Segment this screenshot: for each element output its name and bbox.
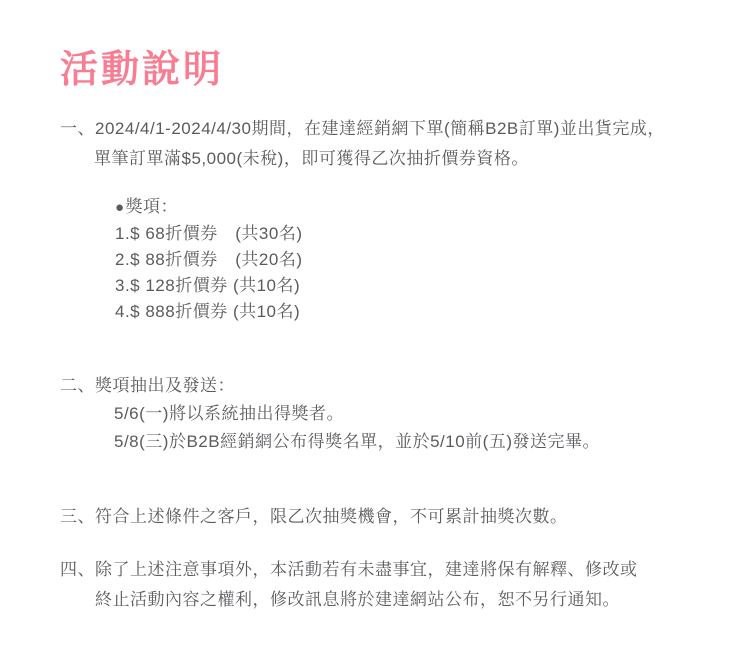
prize-list: ●獎項： 1.$ 68折價券 (共30名) 2.$ 88折價券 (共20名) 3… bbox=[115, 194, 700, 325]
section-notice-line1: 四、除了上述注意事項外，本活動若有未盡事宜，建達將保有解釋、修改或 bbox=[60, 555, 700, 585]
section-draw-line1: 5/6(一)將以系統抽出得獎者。 bbox=[114, 400, 700, 428]
prize-list-header-label: 獎項： bbox=[126, 197, 179, 216]
section-draw: 二、獎項抽出及發送： 5/6(一)將以系統抽出得獎者。 5/8(三)於B2B經銷… bbox=[60, 372, 700, 456]
section-terms-line1: 一、2024/4/1-2024/4/30期間，在建達經銷網下單(簡稱B2B訂單)… bbox=[60, 114, 700, 144]
prize-item-4: 4.$ 888折價券 (共10名) bbox=[115, 299, 700, 325]
section-limit: 三、符合上述條件之客戶，限乙次抽獎機會，不可累計抽獎次數。 bbox=[60, 503, 700, 531]
section-notice-line2: 終止活動內容之權利，修改訊息將於建達網站公布，恕不另行通知。 bbox=[95, 585, 700, 615]
prize-item-2: 2.$ 88折價券 (共20名) bbox=[115, 247, 700, 273]
prize-item-1: 1.$ 68折價券 (共30名) bbox=[115, 221, 700, 247]
prize-item-3: 3.$ 128折價券 (共10名) bbox=[115, 273, 700, 299]
section-terms: 一、2024/4/1-2024/4/30期間，在建達經銷網下單(簡稱B2B訂單)… bbox=[60, 114, 700, 174]
section-draw-line2: 5/8(三)於B2B經銷網公布得獎名單，並於5/10前(五)發送完畢。 bbox=[114, 428, 700, 456]
prize-list-header: ●獎項： bbox=[115, 194, 700, 221]
page-title: 活動說明 bbox=[60, 46, 700, 94]
activity-notice-document: 活動說明 一、2024/4/1-2024/4/30期間，在建達經銷網下單(簡稱B… bbox=[0, 0, 740, 671]
section-limit-line1: 三、符合上述條件之客戶，限乙次抽獎機會，不可累計抽獎次數。 bbox=[60, 503, 700, 531]
section-draw-header: 二、獎項抽出及發送： bbox=[60, 372, 700, 400]
section-notice: 四、除了上述注意事項外，本活動若有未盡事宜，建達將保有解釋、修改或 終止活動內容… bbox=[60, 555, 700, 615]
bullet-icon: ● bbox=[115, 199, 125, 216]
section-terms-line2: 單筆訂單滿$5,000(未稅)，即可獲得乙次抽折價券資格。 bbox=[94, 144, 700, 174]
